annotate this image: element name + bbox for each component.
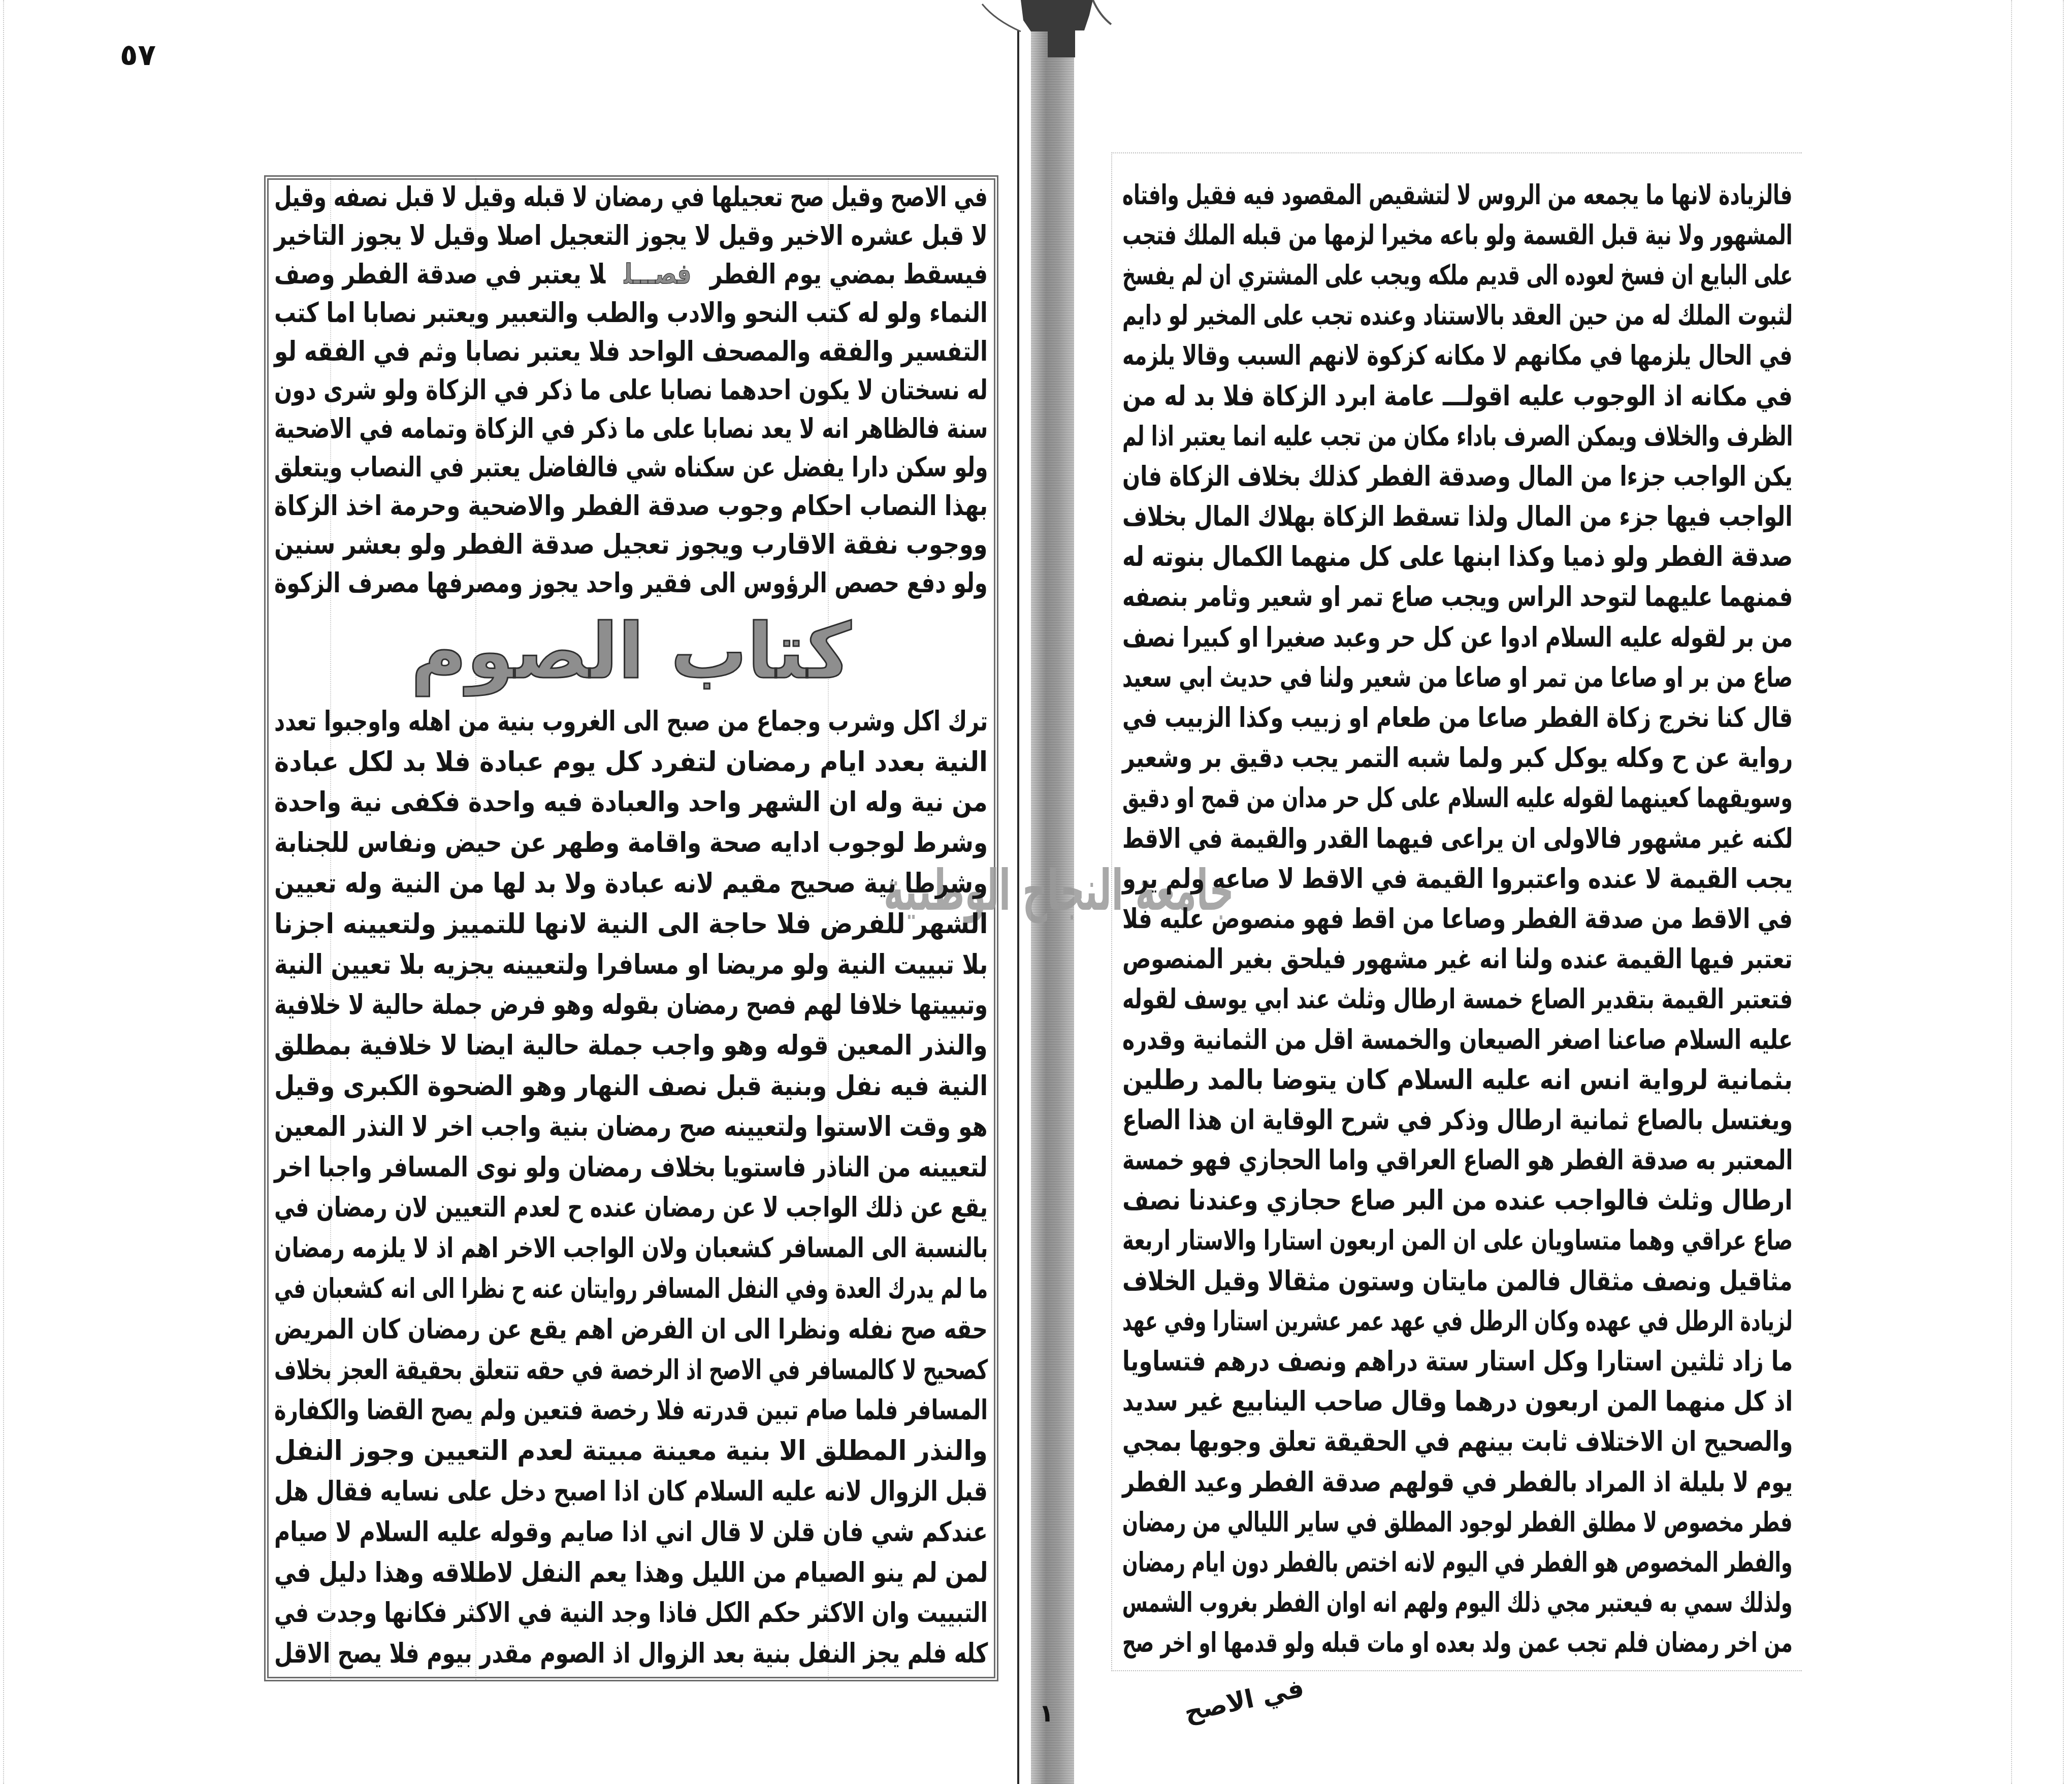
- line-text: والفطر المخصوص هو الفطر في اليوم لانه اخ…: [1122, 1549, 1793, 1576]
- line-text: بالنسبة الى المسافر كشعبان ولان الواجب ا…: [274, 1234, 988, 1262]
- line-text-before: فيسقط بمضي يوم الفطر: [710, 258, 988, 290]
- chapter-title-text: كتاب الصوم: [411, 614, 851, 690]
- text-line: التفسير والفقه والمصحف الواحد فلا يعتبر …: [274, 332, 988, 371]
- text-line: الظرف والخلاف ويمكن الصرف باداء مكان من …: [1122, 416, 1793, 456]
- line-text: ولو دفع حصص الرؤوس الى فقير واحد يجوز وم…: [274, 569, 988, 597]
- text-line: سنة فالظاهر انه لا يعد نصابا على ما ذكر …: [274, 409, 988, 448]
- text-line: من نية وله ان الشهر واحد والعبادة فيه وا…: [274, 782, 988, 823]
- text-line: كله فلم يجز النفل بنية بعد الزوال اذ الص…: [274, 1633, 988, 1674]
- spine-top-shadow-icon: [975, 0, 1127, 71]
- line-text: مثاقيل ونصف مثقال فالمن مايتان وستون مثق…: [1122, 1267, 1793, 1295]
- line-text: الشهر للفرض فلا حاجة الى النية لانها للت…: [274, 910, 988, 938]
- line-text: وتبييتها خلافا لهم فصح رمضان بقوله وهو ف…: [274, 991, 988, 1018]
- text-line: عندكم شي فان قلن لا قال اني اذا صايم وقو…: [274, 1512, 988, 1552]
- text-line: بهذا النصاب احكام وجوب صدقة الفطر والاضح…: [274, 487, 988, 525]
- text-line: بثمانية لرواية انس انه عليه السلام كان ي…: [1122, 1060, 1793, 1100]
- line-text: في مكانه اذ الوجوب عليه اقولـــ عامة ابر…: [1122, 383, 1793, 410]
- line-text: سنة فالظاهر انه لا يعد نصابا على ما ذكر …: [274, 415, 988, 442]
- line-text: فتعتبر القيمة بتقدير الصاع خمسة ارطال وث…: [1122, 985, 1793, 1013]
- line-text: قبل الزوال لانه عليه السلام كان اذا اصبح…: [274, 1478, 988, 1505]
- line-text: وشرطا نية صحيح مقيم لانه عبادة ولا بد له…: [274, 870, 988, 897]
- text-line: مثاقيل ونصف مثقال فالمن مايتان وستون مثق…: [1122, 1261, 1793, 1301]
- line-text: والنذر المعين قوله وهو واجب جملة حالية ا…: [274, 1032, 988, 1059]
- line-text: تعتبر فيها القيمة عنده ولنا انه غير مشهو…: [1122, 945, 1793, 973]
- line-text: التفسير والفقه والمصحف الواحد فلا يعتبر …: [274, 338, 988, 365]
- text-line: لثبوت الملك له من حين العقد بالاستناد وع…: [1122, 296, 1793, 336]
- text-line: ويغتسل بالصاع ثمانية ارطال وذكر في شرح ا…: [1122, 1100, 1793, 1140]
- text-line: النية فيه نفل وبنية قبل نصف النهار وهو ا…: [274, 1066, 988, 1106]
- line-text: المعتبر به صدقة الفطر هو الصاع العراقي و…: [1122, 1146, 1793, 1174]
- text-line: من بر لقوله عليه السلام ادوا عن كل حر وع…: [1122, 617, 1793, 657]
- line-text: بلا تبييت النية ولو مريضا او مسافرا ولتع…: [274, 951, 988, 978]
- line-text: بهذا النصاب احكام وجوب صدقة الفطر والاضح…: [274, 492, 988, 520]
- catchword: في الاصح: [1182, 1673, 1307, 1728]
- text-line: ولذلك سمي به فيعتبر مجي ذلك اليوم ولهم ا…: [1122, 1583, 1793, 1623]
- line-text: في الاقط من صدقة الفطر وصاعا من اقط فهو …: [1122, 905, 1793, 933]
- line-text: عليه السلام صاعنا اصغر الصيعان والخمسة ا…: [1122, 1026, 1793, 1054]
- line-text: والصحيح ان الاختلاف ثابت بينهم في الحقيق…: [1122, 1428, 1793, 1455]
- line-text: قال كنا نخرج زكاة الفطر صاعا من طعام او …: [1122, 704, 1793, 731]
- text-line: المشهور ولا نية قبل القسمة ولو باعه مخير…: [1122, 215, 1793, 255]
- line-text: المسافر فلما صام تبين قدرته فلا رخصة فتع…: [274, 1396, 988, 1424]
- line-text: كله فلم يجز النفل بنية بعد الزوال اذ الص…: [274, 1640, 988, 1667]
- line-text: ترك اكل وشرب وجماع من صبح الى الغروب بني…: [274, 708, 988, 735]
- line-text: في الحال يلزمها في مكانهم لا مكانه كزكوة…: [1122, 342, 1793, 369]
- text-line: فطر مخصوص لا مطلق الفطر لوجود المطلق في …: [1122, 1502, 1793, 1542]
- line-text: وشرط لوجوب ادايه صحة واقامة وطهر عن حيض …: [274, 829, 988, 856]
- line-text: لزيادة الرطل في عهده وكان الرطل في عهد ع…: [1122, 1308, 1793, 1335]
- text-line: هو وقت الاستوا ولتعيينه صح رمضان بنية وا…: [274, 1106, 988, 1147]
- line-text: الظرف والخلاف ويمكن الصرف باداء مكان من …: [1122, 423, 1793, 450]
- text-line: المعتبر به صدقة الفطر هو الصاع العراقي و…: [1122, 1140, 1793, 1181]
- line-text: النية بعدد ايام رمضان لتفرد كل يوم عبادة…: [274, 748, 988, 776]
- line-text: يقع عن ذلك الواجب لا عن رمضان عنده ح لعد…: [274, 1194, 988, 1221]
- line-text: النية فيه نفل وبنية قبل نصف النهار وهو ا…: [274, 1072, 988, 1100]
- text-line: عليه السلام صاعنا اصغر الصيعان والخمسة ا…: [1122, 1020, 1793, 1060]
- line-text: ولو سكن دارا يفضل عن سكناه شي فالفاضل يع…: [274, 454, 988, 481]
- text-line: يقع عن ذلك الواجب لا عن رمضان عنده ح لعد…: [274, 1188, 988, 1228]
- text-line: لمن لم ينو الصيام من الليل وهذا يعم النف…: [274, 1552, 988, 1593]
- line-text: له نسختان لا يكون احدهما نصابا على ما ذك…: [274, 376, 988, 404]
- text-line: وتبييتها خلافا لهم فصح رمضان بقوله وهو ف…: [274, 985, 988, 1026]
- section-heading-fasl: فصـــل: [605, 258, 709, 290]
- text-line: والنذر المعين قوله وهو واجب جملة حالية ا…: [274, 1025, 988, 1066]
- line-text: يجب القيمة لا عنده واعتبروا القيمة في ال…: [1122, 865, 1793, 893]
- text-line: لزيادة الرطل في عهده وكان الرطل في عهد ع…: [1122, 1301, 1793, 1341]
- text-line: في الاقط من صدقة الفطر وصاعا من اقط فهو …: [1122, 899, 1793, 939]
- line-text: النماء ولو له كتب النحو والادب والطب وال…: [274, 299, 988, 327]
- left-page-text-bottom: ترك اكل وشرب وجماع من صبح الى الغروب بني…: [274, 701, 988, 1674]
- text-line: على البايع ان فسخ لعوده الى قديم ملكه وي…: [1122, 255, 1793, 295]
- text-line: المسافر فلما صام تبين قدرته فلا رخصة فتع…: [274, 1390, 988, 1431]
- line-text: يوم لا بليلة اذ المراد بالفطر في قولهم ص…: [1122, 1469, 1793, 1496]
- text-line: والفطر المخصوص هو الفطر في اليوم لانه اخ…: [1122, 1542, 1793, 1582]
- text-line: تعتبر فيها القيمة عنده ولنا انه غير مشهو…: [1122, 939, 1793, 979]
- line-text: صاع عراقي وهما متساويان على ان المن اربع…: [1122, 1227, 1793, 1254]
- line-text: لثبوت الملك له من حين العقد بالاستناد وع…: [1122, 302, 1793, 329]
- text-line: ارطال وثلث فالواجب عنده من البر صاع حجاز…: [1122, 1181, 1793, 1221]
- line-text: فيسقط بمضي يوم الفطرفصـــللا يعتبر في صد…: [274, 261, 988, 288]
- text-line: اذ كل منهما المن اربعون درهما وقال صاحب …: [1122, 1382, 1793, 1422]
- right-page-text: فالزيادة لانها ما يجمعه من الروس لا لتشق…: [1122, 175, 1793, 1663]
- line-text: صاع من بر او صاعا من تمر او صاعا من شعير…: [1122, 664, 1793, 691]
- text-line: له نسختان لا يكون احدهما نصابا على ما ذك…: [274, 371, 988, 409]
- text-line: التبييت وان الاكثر حكم الكل فاذا وجد الن…: [274, 1593, 988, 1634]
- line-text: رواية عن ح وكله يوكل كبر ولما شبه التمر …: [1122, 744, 1793, 772]
- line-text: ويغتسل بالصاع ثمانية ارطال وذكر في شرح ا…: [1122, 1106, 1793, 1134]
- text-line: لتعيينه من الناذر فاستويا بخلاف رمضان ول…: [274, 1147, 988, 1188]
- text-line: لكنه غير مشهور فالاولى ان يراعى فيهما ال…: [1122, 818, 1793, 858]
- line-text: ولذلك سمي به فيعتبر مجي ذلك اليوم ولهم ا…: [1122, 1589, 1793, 1616]
- text-line: فتعتبر القيمة بتقدير الصاع خمسة ارطال وث…: [1122, 979, 1793, 1020]
- line-text: هو وقت الاستوا ولتعيينه صح رمضان بنية وا…: [274, 1113, 988, 1140]
- line-text: الواجب فيها جزء من المال ولذا تسقط الزكا…: [1122, 503, 1793, 530]
- line-text: والنذر المطلق الا بنية معينة مبيتة لعدم …: [274, 1437, 988, 1464]
- line-text-after: لا يعتبر في صدقة الفطر وصف: [274, 258, 605, 290]
- text-line: فمنهما عليهما لتوحد الراس ويجب صاع تمر ا…: [1122, 577, 1793, 617]
- line-text: ارطال وثلث فالواجب عنده من البر صاع حجاز…: [1122, 1187, 1793, 1214]
- text-line: قال كنا نخرج زكاة الفطر صاعا من طعام او …: [1122, 697, 1793, 738]
- text-line: الواجب فيها جزء من المال ولذا تسقط الزكا…: [1122, 497, 1793, 537]
- line-text: لا قبل عشره الاخير وقيل لا يجوز التعجيل …: [274, 222, 988, 249]
- line-text: فمنهما عليهما لتوحد الراس ويجب صاع تمر ا…: [1122, 583, 1793, 611]
- text-line: النماء ولو له كتب النحو والادب والطب وال…: [274, 294, 988, 332]
- line-text: من اخر رمضان فلم تجب عمن ولد بعده او مات…: [1122, 1629, 1793, 1656]
- line-text: حقه صح نفله ونظرا الى ان الفرض اهم يقع ع…: [274, 1316, 988, 1343]
- text-line: والنذر المطلق الا بنية معينة مبيتة لعدم …: [274, 1430, 988, 1471]
- line-text: من نية وله ان الشهر واحد والعبادة فيه وا…: [274, 788, 988, 816]
- text-line: في الاصح وقيل صح تعجيلها في رمضان لا قبل…: [274, 178, 988, 216]
- text-line: قبل الزوال لانه عليه السلام كان اذا اصبح…: [274, 1471, 988, 1512]
- text-line: ولو دفع حصص الرؤوس الى فقير واحد يجوز وم…: [274, 564, 988, 602]
- text-line: بلا تبييت النية ولو مريضا او مسافرا ولتع…: [274, 944, 988, 985]
- text-line: يجب القيمة لا عنده واعتبروا القيمة في ال…: [1122, 858, 1793, 899]
- text-line: يكن الواجب جزءا من المال وصدقة الفطر كذل…: [1122, 456, 1793, 496]
- right-page-fold-line: [2011, 0, 2012, 1784]
- line-text: التبييت وان الاكثر حكم الكل فاذا وجد الن…: [274, 1599, 988, 1627]
- line-text: ما لم يدرك العدة وفي النفل المسافر روايت…: [274, 1275, 988, 1302]
- right-page-edge-line: [2063, 0, 2064, 1784]
- line-text: فطر مخصوص لا مطلق الفطر لوجود المطلق في …: [1122, 1509, 1793, 1536]
- line-text: عندكم شي فان قلن لا قال اني اذا صايم وقو…: [274, 1518, 988, 1546]
- line-text: المشهور ولا نية قبل القسمة ولو باعه مخير…: [1122, 221, 1793, 249]
- text-line: ترك اكل وشرب وجماع من صبح الى الغروب بني…: [274, 701, 988, 742]
- text-line: رواية عن ح وكله يوكل كبر ولما شبه التمر …: [1122, 738, 1793, 778]
- text-line: كصحيح لا كالمسافر في الاصح اذ الرخصة في …: [274, 1350, 988, 1390]
- text-line: ووجوب نفقة الاقارب ويجوز تعجيل صدقة الفط…: [274, 525, 988, 564]
- line-text: صدقة الفطر ولو ذميا وكذا ابنها على كل من…: [1122, 543, 1793, 570]
- text-line: لا قبل عشره الاخير وقيل لا يجوز التعجيل …: [274, 216, 988, 255]
- text-line: الشهر للفرض فلا حاجة الى النية لانها للت…: [274, 904, 988, 944]
- left-page-edge-line: [3, 0, 4, 1784]
- text-line: ما لم يدرك العدة وفي النفل المسافر روايت…: [274, 1268, 988, 1309]
- line-text: يكن الواجب جزءا من المال وصدقة الفطر كذل…: [1122, 463, 1793, 490]
- line-text: ووجوب نفقة الاقارب ويجوز تعجيل صدقة الفط…: [274, 531, 988, 558]
- line-text: لتعيينه من الناذر فاستويا بخلاف رمضان ول…: [274, 1154, 988, 1181]
- text-line: صاع عراقي وهما متساويان على ان المن اربع…: [1122, 1221, 1793, 1261]
- text-line: فالزيادة لانها ما يجمعه من الروس لا لتشق…: [1122, 175, 1793, 215]
- line-text: فالزيادة لانها ما يجمعه من الروس لا لتشق…: [1122, 181, 1793, 209]
- text-line-with-section-heading: فيسقط بمضي يوم الفطرفصـــللا يعتبر في صد…: [274, 255, 988, 294]
- left-page-text-top: في الاصح وقيل صح تعجيلها في رمضان لا قبل…: [274, 178, 988, 602]
- line-text: بثمانية لرواية انس انه عليه السلام كان ي…: [1122, 1066, 1793, 1094]
- folio-number: ٥٧: [120, 38, 156, 72]
- line-text: وسويقهما كعينهما لقوله عليه السلام على ك…: [1122, 784, 1793, 812]
- line-text: في الاصح وقيل صح تعجيلها في رمضان لا قبل…: [274, 183, 988, 211]
- text-line: صاع من بر او صاعا من تمر او صاعا من شعير…: [1122, 657, 1793, 697]
- text-line: في الحال يلزمها في مكانهم لا مكانه كزكوة…: [1122, 336, 1793, 376]
- line-text: اذ كل منهما المن اربعون درهما وقال صاحب …: [1122, 1388, 1793, 1415]
- text-line: وشرطا نية صحيح مقيم لانه عبادة ولا بد له…: [274, 863, 988, 904]
- chapter-title: كتاب الصوم: [274, 602, 988, 701]
- text-line: في مكانه اذ الوجوب عليه اقولـــ عامة ابر…: [1122, 376, 1793, 416]
- text-line: حقه صح نفله ونظرا الى ان الفرض اهم يقع ع…: [274, 1309, 988, 1350]
- gutter-mark: ١: [1039, 1699, 1054, 1728]
- line-text: كصحيح لا كالمسافر في الاصح اذ الرخصة في …: [274, 1356, 988, 1384]
- line-text: لمن لم ينو الصيام من الليل وهذا يعم النف…: [274, 1559, 988, 1586]
- line-text: لكنه غير مشهور فالاولى ان يراعى فيهما ال…: [1122, 825, 1793, 852]
- text-line: والصحيح ان الاختلاف ثابت بينهم في الحقيق…: [1122, 1422, 1793, 1462]
- text-line: ما زاد ثلثين استارا وكل استار ستة دراهم …: [1122, 1341, 1793, 1381]
- line-text: على البايع ان فسخ لعوده الى قديم ملكه وي…: [1122, 262, 1793, 289]
- text-line: ولو سكن دارا يفضل عن سكناه شي فالفاضل يع…: [274, 448, 988, 487]
- line-text: من بر لقوله عليه السلام ادوا عن كل حر وع…: [1122, 624, 1793, 651]
- text-line: بالنسبة الى المسافر كشعبان ولان الواجب ا…: [274, 1228, 988, 1268]
- text-line: النية بعدد ايام رمضان لتفرد كل يوم عبادة…: [274, 742, 988, 782]
- text-line: يوم لا بليلة اذ المراد بالفطر في قولهم ص…: [1122, 1462, 1793, 1502]
- line-text: ما زاد ثلثين استارا وكل استار ستة دراهم …: [1122, 1348, 1793, 1375]
- text-line: وسويقهما كعينهما لقوله عليه السلام على ك…: [1122, 778, 1793, 818]
- text-line: من اخر رمضان فلم تجب عمن ولد بعده او مات…: [1122, 1623, 1793, 1663]
- text-line: صدقة الفطر ولو ذميا وكذا ابنها على كل من…: [1122, 537, 1793, 577]
- text-line: وشرط لوجوب ادايه صحة واقامة وطهر عن حيض …: [274, 822, 988, 863]
